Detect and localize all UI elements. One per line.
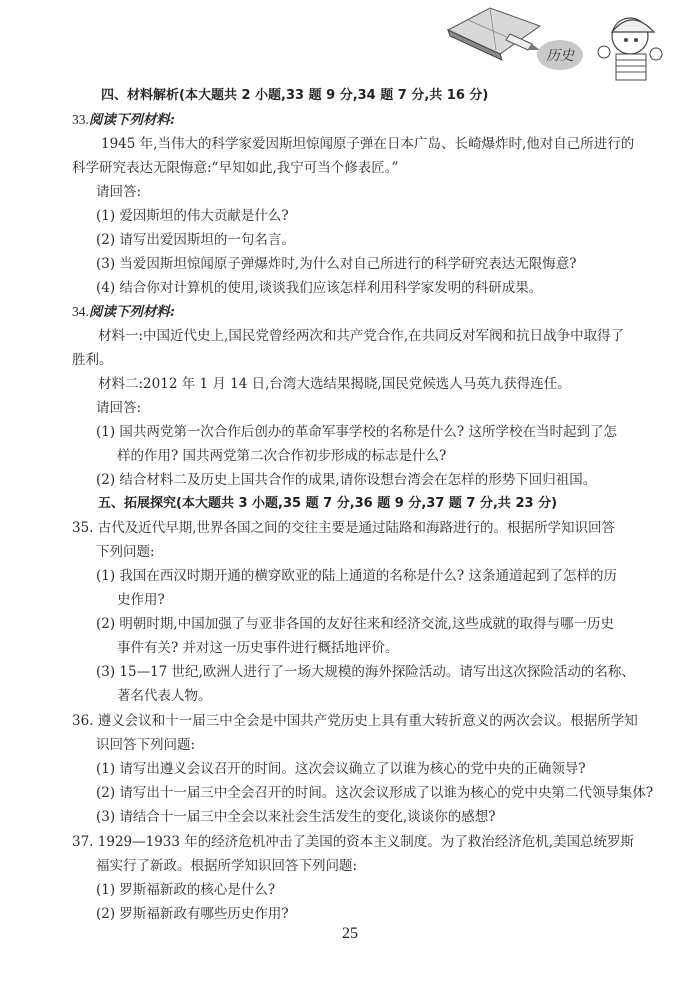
question-35-stem: 35. 古代及近代早期,世界各国之间的交往主要是通过陆路和海路进行的。根据所学知… [72, 519, 615, 537]
document-page: 历史 四、材料解析(本大题共 2 小题,33 题 9 分,34 题 7 分,共 … [0, 0, 700, 986]
section-title-4: 四、材料解析(本大题共 2 小题,33 题 9 分,34 题 7 分,共 16 … [101, 87, 488, 105]
section-title-5: 五、拓展探究(本大题共 3 小题,35 题 7 分,36 题 9 分,37 题 … [98, 495, 557, 513]
sub-question-continuation: 事件有关? 并对这一历史事件进行概括地评价。 [117, 639, 399, 657]
material-text: 胜利。 [72, 351, 113, 369]
sub-question-continuation: 样的作用? 国共两党第二次合作初步形成的标志是什么? [117, 447, 446, 465]
question-number: 33. [72, 112, 89, 127]
sub-question: (2) 罗斯福新政有哪些历史作用? [96, 905, 289, 923]
question-number: 34. [72, 304, 89, 319]
sub-question: (3) 请结合十一届三中全会以来社会生活发生的变化,谈谈你的感想? [96, 808, 495, 826]
question-lead: 阅读下列材料: [89, 304, 175, 320]
subject-badge: 历史 [537, 40, 583, 70]
material-text: 材料二:2012 年 1 月 14 日,台湾大选结果揭晓,国民党候选人马英九获得… [98, 375, 571, 393]
answer-prompt: 请回答: [96, 183, 141, 201]
question-37-stem-continuation: 福实行了新政。根据所学知识回答下列问题: [96, 857, 357, 875]
material-text: 材料一:中国近代史上,国民党曾经两次和共产党合作,在共同反对军阀和抗日战争中取得… [98, 327, 624, 345]
question-37-stem: 37. 1929—1933 年的经济危机冲击了美国的资本主义制度。为了救治经济危… [72, 833, 634, 851]
sub-question: (1) 请写出遵义会议召开的时间。这次会议确立了以谁为核心的党中央的正确领导? [96, 760, 586, 778]
material-text: 科学研究表达无限悔意:“早知如此,我宁可当个修表匠。” [72, 159, 398, 177]
material-text: 1945 年,当伟大的科学家爱因斯坦惊闻原子弹在日本广岛、长崎爆炸时,他对自己所… [101, 135, 634, 153]
sub-question: (1) 我国在西汉时期开通的横穿欧亚的陆上通道的名称是什么? 这条通道起到了怎样… [96, 567, 617, 585]
question-lead: 阅读下列材料: [89, 112, 175, 128]
header-illustration: 历史 [440, 2, 670, 82]
sub-question-continuation: 著名代表人物。 [117, 687, 212, 705]
question-33-heading: 33.阅读下列材料: [72, 111, 175, 129]
sub-question: (2) 明朝时期,中国加强了与亚非各国的友好往来和经济交流,这些成就的取得与哪一… [96, 615, 614, 633]
sub-question: (3) 当爱因斯坦惊闻原子弹爆炸时,为什么对自己所进行的科学研究表达无限悔意? [96, 255, 576, 273]
sub-question: (3) 15—17 世纪,欧洲人进行了一场大规模的海外探险活动。请写出这次探险活… [96, 663, 635, 681]
question-35-stem-continuation: 下列问题: [96, 543, 155, 561]
question-34-heading: 34.阅读下列材料: [72, 303, 175, 321]
sub-question: (1) 国共两党第一次合作后创办的革命军事学校的名称是什么? 这所学校在当时起到… [96, 423, 617, 441]
sub-question: (2) 结合材料二及历史上国共合作的成果,请你设想台湾会在怎样的形势下回归祖国。 [96, 471, 596, 489]
question-36-stem-continuation: 识回答下列问题: [96, 736, 195, 754]
sub-question: (2) 请写出十一届三中全会召开的时间。这次会议形成了以谁为核心的党中央第二代领… [96, 784, 653, 802]
sub-question: (1) 爱因斯坦的伟大贡献是什么? [96, 207, 289, 225]
sub-question: (4) 结合你对计算机的使用,谈谈我们应该怎样利用科学家发明的科研成果。 [96, 279, 542, 297]
sub-question: (2) 请写出爱因斯坦的一句名言。 [96, 231, 295, 249]
question-36-stem: 36. 遵义会议和十一届三中全会是中国共产党历史上具有重大转折意义的两次会议。根… [72, 712, 638, 730]
sub-question-continuation: 史作用? [117, 591, 165, 609]
answer-prompt: 请回答: [96, 399, 141, 417]
page-number: 25 [0, 925, 700, 943]
sub-question: (1) 罗斯福新政的核心是什么? [96, 881, 275, 899]
